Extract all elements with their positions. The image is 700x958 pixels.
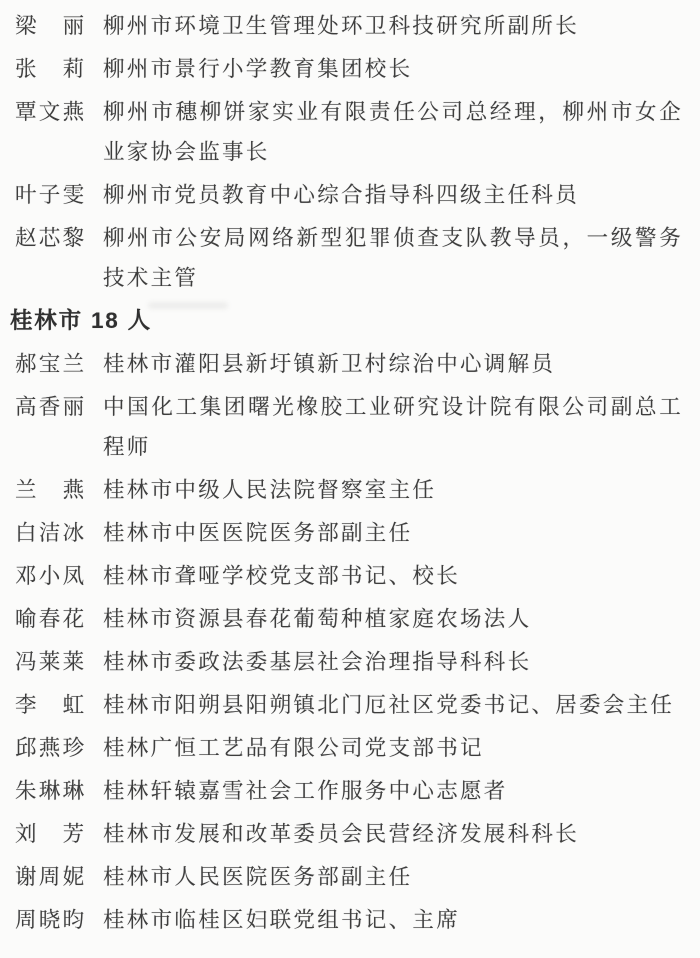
- list-item: 张 莉 柳州市景行小学教育集团校长: [15, 49, 695, 89]
- list-item: 兰 燕 桂林市中级人民法院督察室主任: [15, 470, 695, 510]
- entry-name: 冯莱莱: [15, 642, 87, 682]
- honoree-list-guilin: 郝宝兰 桂林市灌阳县新圩镇新卫村综治中心调解员 高香丽 中国化工集团曙光橡胶工业…: [15, 344, 695, 940]
- entry-title: 桂林广恒工艺品有限公司党支部书记: [103, 728, 683, 768]
- entry-title: 桂林市临桂区妇联党组书记、主席: [103, 900, 683, 940]
- entry-title: 桂林市发展和改革委员会民营经济发展科科长: [103, 814, 683, 854]
- entry-title: 柳州市穗柳饼家实业有限责任公司总经理，柳州市女企业家协会监事长: [103, 92, 683, 172]
- list-item: 梁 丽 柳州市环境卫生管理处环卫科技研究所副所长: [15, 6, 695, 46]
- entry-name: 邓小凤: [15, 556, 87, 596]
- entry-title: 桂林市聋哑学校党支部书记、校长: [103, 556, 683, 596]
- list-item: 覃文燕 柳州市穗柳饼家实业有限责任公司总经理，柳州市女企业家协会监事长: [15, 92, 695, 172]
- document-page: 梁 丽 柳州市环境卫生管理处环卫科技研究所副所长 张 莉 柳州市景行小学教育集团…: [0, 0, 700, 958]
- entry-name: 高香丽: [15, 387, 87, 427]
- entry-title: 柳州市党员教育中心综合指导科四级主任科员: [103, 175, 683, 215]
- entry-title: 柳州市景行小学教育集团校长: [103, 49, 683, 89]
- list-item: 赵芯黎 柳州市公安局网络新型犯罪侦查支队教导员，一级警务技术主管: [15, 218, 695, 298]
- list-item: 冯莱莱 桂林市委政法委基层社会治理指导科科长: [15, 642, 695, 682]
- section-header-guilin: 桂林市 18 人: [10, 301, 695, 341]
- entry-name: 喻春花: [15, 599, 87, 639]
- entry-title: 桂林市中级人民法院督察室主任: [103, 470, 683, 510]
- list-item: 谢周妮 桂林市人民医院医务部副主任: [15, 857, 695, 897]
- entry-name: 兰 燕: [15, 470, 87, 510]
- entry-title: 桂林市资源县春花葡萄种植家庭农场法人: [103, 599, 683, 639]
- list-item: 刘 芳 桂林市发展和改革委员会民营经济发展科科长: [15, 814, 695, 854]
- entry-title: 桂林市中医医院医务部副主任: [103, 513, 683, 553]
- honoree-list-liuzhou: 梁 丽 柳州市环境卫生管理处环卫科技研究所副所长 张 莉 柳州市景行小学教育集团…: [15, 6, 695, 298]
- list-item: 郝宝兰 桂林市灌阳县新圩镇新卫村综治中心调解员: [15, 344, 695, 384]
- entry-title: 桂林轩辕嘉雪社会工作服务中心志愿者: [103, 771, 683, 811]
- entry-title: 桂林市人民医院医务部副主任: [103, 857, 683, 897]
- list-item: 白洁冰 桂林市中医医院医务部副主任: [15, 513, 695, 553]
- scan-artifact: [148, 302, 228, 309]
- list-item: 邓小凤 桂林市聋哑学校党支部书记、校长: [15, 556, 695, 596]
- entry-name: 郝宝兰: [15, 344, 87, 384]
- list-item: 叶子雯 柳州市党员教育中心综合指导科四级主任科员: [15, 175, 695, 215]
- entry-name: 覃文燕: [15, 92, 87, 132]
- list-item: 高香丽 中国化工集团曙光橡胶工业研究设计院有限公司副总工程师: [15, 387, 695, 467]
- list-item: 喻春花 桂林市资源县春花葡萄种植家庭农场法人: [15, 599, 695, 639]
- entry-name: 梁 丽: [15, 6, 87, 46]
- entry-name: 谢周妮: [15, 857, 87, 897]
- entry-name: 张 莉: [15, 49, 87, 89]
- entry-name: 朱琳琳: [15, 771, 87, 811]
- entry-title: 中国化工集团曙光橡胶工业研究设计院有限公司副总工程师: [103, 387, 683, 467]
- entry-name: 邱燕珍: [15, 728, 87, 768]
- entry-title: 桂林市委政法委基层社会治理指导科科长: [103, 642, 683, 682]
- entry-title: 桂林市灌阳县新圩镇新卫村综治中心调解员: [103, 344, 683, 384]
- entry-title: 桂林市阳朔县阳朔镇北门厄社区党委书记、居委会主任: [103, 685, 683, 725]
- list-item: 邱燕珍 桂林广恒工艺品有限公司党支部书记: [15, 728, 695, 768]
- entry-name: 叶子雯: [15, 175, 87, 215]
- entry-name: 赵芯黎: [15, 218, 87, 258]
- list-item: 朱琳琳 桂林轩辕嘉雪社会工作服务中心志愿者: [15, 771, 695, 811]
- entry-name: 刘 芳: [15, 814, 87, 854]
- entry-title: 柳州市公安局网络新型犯罪侦查支队教导员，一级警务技术主管: [103, 218, 683, 298]
- list-item: 周晓昀 桂林市临桂区妇联党组书记、主席: [15, 900, 695, 940]
- entry-title: 柳州市环境卫生管理处环卫科技研究所副所长: [103, 6, 683, 46]
- entry-name: 周晓昀: [15, 900, 87, 940]
- entry-name: 李 虹: [15, 685, 87, 725]
- list-item: 李 虹 桂林市阳朔县阳朔镇北门厄社区党委书记、居委会主任: [15, 685, 695, 725]
- entry-name: 白洁冰: [15, 513, 87, 553]
